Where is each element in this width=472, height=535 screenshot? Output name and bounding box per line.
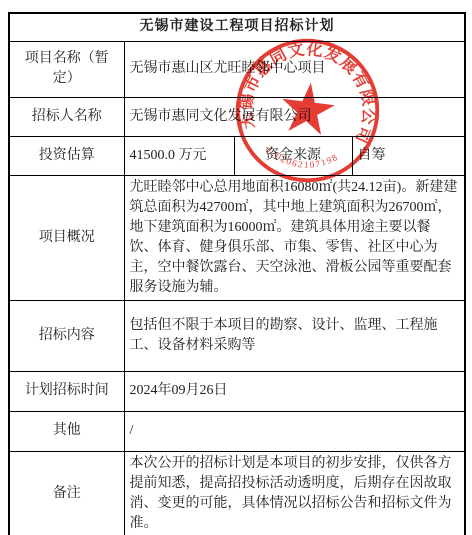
document-title: 无锡市建设工程项目招标计划 — [9, 13, 465, 41]
table-row-bid-content: 招标内容 包括但不限于本项目的勘察、设计、监理、工程施工、设备材料采购等 — [9, 300, 465, 371]
table-row-project-name: 项目名称（暂定） 无锡市惠山区尤旺睦邻中心项目 — [9, 41, 465, 97]
bid-content-value: 包括但不限于本项目的勘察、设计、监理、工程施工、设备材料采购等 — [124, 300, 465, 371]
bid-content-label: 招标内容 — [9, 300, 124, 371]
investment-label: 投资估算 — [9, 136, 124, 175]
table-row-remark: 备注 本次公开的招标计划是本项目的初步安排，仅供各方提前知悉，提高招投标活动透明… — [9, 451, 465, 535]
table-row-tenderee: 招标人名称 无锡市惠同文化发展有限公司 — [9, 97, 465, 136]
funding-source-label: 资金来源 — [234, 136, 352, 175]
other-label: 其他 — [9, 411, 124, 451]
plan-time-label: 计划招标时间 — [9, 371, 124, 411]
table-row-plan-time: 计划招标时间 2024年09月26日 — [9, 371, 465, 411]
table-row-investment: 投资估算 41500.0 万元 资金来源 自筹 — [9, 136, 465, 175]
title-row: 无锡市建设工程项目招标计划 — [9, 13, 465, 41]
overview-label: 项目概况 — [9, 175, 124, 300]
other-value: / — [124, 411, 465, 451]
remark-value: 本次公开的招标计划是本项目的初步安排，仅供各方提前知悉，提高招投标活动透明度，后… — [124, 451, 465, 535]
plan-time-value: 2024年09月26日 — [124, 371, 465, 411]
project-name-label: 项目名称（暂定） — [9, 41, 124, 97]
bid-plan-table: 无锡市建设工程项目招标计划 项目名称（暂定） 无锡市惠山区尤旺睦邻中心项目 招标… — [8, 12, 466, 535]
tenderee-value: 无锡市惠同文化发展有限公司 — [124, 97, 465, 136]
bid-plan-document: 无锡市建设工程项目招标计划 项目名称（暂定） 无锡市惠山区尤旺睦邻中心项目 招标… — [0, 0, 472, 535]
table-row-other: 其他 / — [9, 411, 465, 451]
investment-value: 41500.0 万元 — [124, 136, 234, 175]
tenderee-label: 招标人名称 — [9, 97, 124, 136]
table-row-overview: 项目概况 尤旺睦邻中心总用地面积16080㎡(共24.12亩)。新建建筑总面积为… — [9, 175, 465, 300]
funding-source-value: 自筹 — [352, 136, 465, 175]
project-name-value: 无锡市惠山区尤旺睦邻中心项目 — [124, 41, 465, 97]
overview-value: 尤旺睦邻中心总用地面积16080㎡(共24.12亩)。新建建筑总面积为42700… — [124, 175, 465, 300]
remark-label: 备注 — [9, 451, 124, 535]
